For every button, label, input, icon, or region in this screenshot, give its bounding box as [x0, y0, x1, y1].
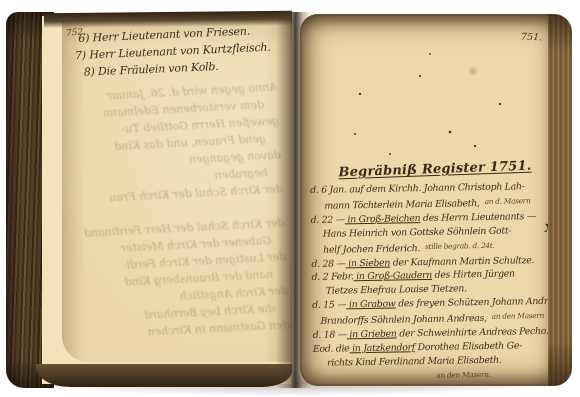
bleedthrough-text: Anno gegen wird d. 26. Januardem verstor… [57, 78, 291, 363]
open-book: 752. 6) Herr Lieutenant von Friesen.7) H… [6, 8, 572, 390]
right-page-speckles [300, 14, 564, 386]
left-page-bottom-edge [36, 364, 292, 387]
left-page: 752. 6) Herr Lieutenant von Friesen.7) H… [62, 18, 292, 362]
left-page-lines: 6) Herr Lieutenant von Friesen.7) Herr L… [78, 21, 292, 81]
right-fore-edge [548, 14, 572, 386]
left-page-top-edge [44, 11, 292, 29]
manuscript-photo: 752. 6) Herr Lieutenant von Friesen.7) H… [0, 0, 580, 397]
